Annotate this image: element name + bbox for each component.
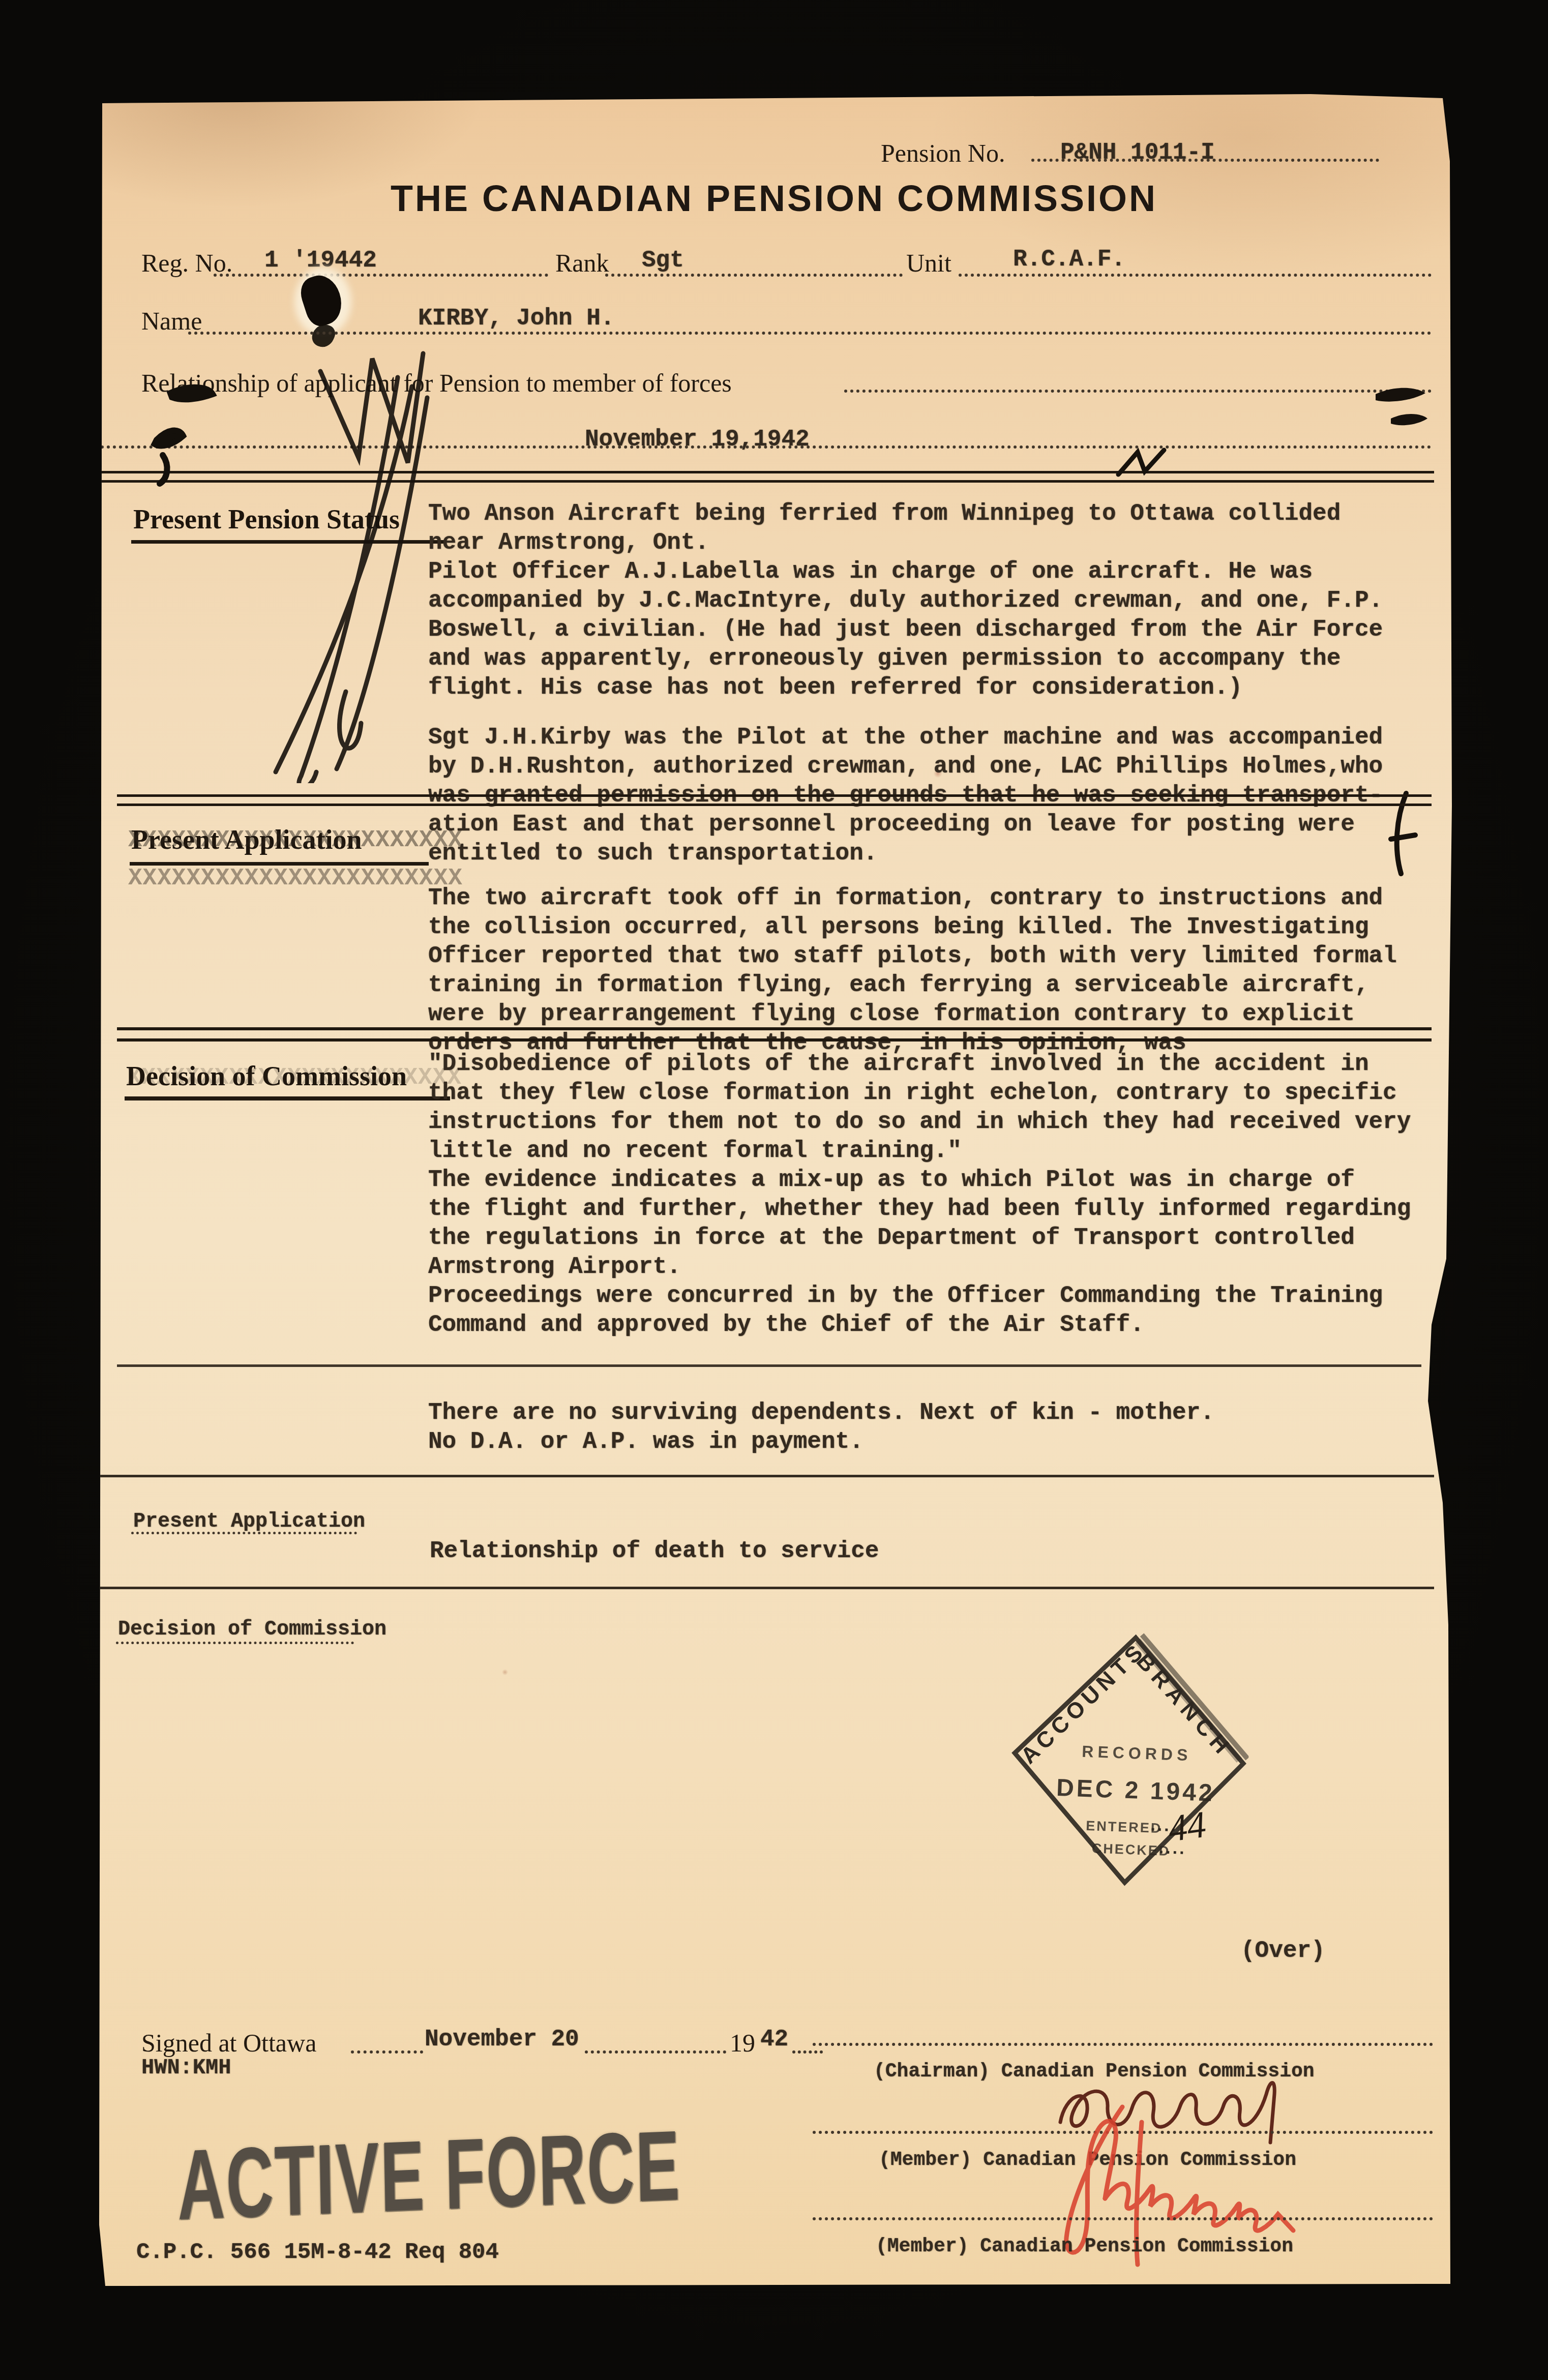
typed-overstrike: XXXXXXXXXXXXXXXXXXXXXXX bbox=[128, 865, 463, 891]
signature-line bbox=[813, 2043, 1433, 2046]
label-underline bbox=[125, 1096, 450, 1100]
dotted-underline bbox=[131, 1532, 357, 1534]
signed-date-value: November 20 bbox=[425, 2026, 579, 2052]
member-caption-2: (Member) Canadian Pension Commission bbox=[876, 2236, 1293, 2257]
typed-label-present-application: Present Application bbox=[133, 1510, 365, 1533]
unit-label: Unit bbox=[906, 248, 951, 278]
rank-label: Rank bbox=[555, 248, 609, 278]
scanned-document: Pension No. P&NH 1011-I THE CANADIAN PEN… bbox=[0, 0, 1548, 2380]
signature-line bbox=[813, 2217, 1433, 2220]
handwritten-entered-value: 44 bbox=[1166, 1804, 1209, 1851]
dotted-line bbox=[188, 332, 1432, 335]
dotted-line bbox=[844, 390, 1432, 393]
form-number: C.P.C. 566 15M-8-42 Req 804 bbox=[136, 2240, 499, 2265]
active-force-stamp: ACTIVE FORCE bbox=[176, 2108, 681, 2242]
section-rule bbox=[99, 1587, 1434, 1589]
stamp-records-text: RECORDS bbox=[1082, 1742, 1192, 1765]
double-rule-strike bbox=[117, 794, 1432, 806]
pension-no-value: P&NH 1011-I bbox=[1060, 139, 1215, 166]
dotted-line bbox=[792, 2050, 823, 2054]
form-page: Pension No. P&NH 1011-I THE CANADIAN PEN… bbox=[99, 94, 1452, 2286]
strike-rule bbox=[117, 1038, 1432, 1042]
unit-value: R.C.A.F. bbox=[1013, 246, 1125, 273]
pen-scribble bbox=[244, 336, 437, 783]
dotted-line bbox=[605, 274, 903, 277]
dotted-line bbox=[959, 274, 1432, 277]
clerk-initials: HWN:KMH bbox=[141, 2056, 231, 2080]
typed-overstrike: XXXXXXXXXXXXXXXXXXXXXXX bbox=[128, 827, 463, 853]
ink-marks bbox=[147, 379, 259, 511]
typed-paragraph-pension-status: Two Anson Aircraft being ferried from Wi… bbox=[428, 499, 1425, 702]
dotted-line bbox=[351, 2050, 423, 2054]
year-printed: 19 bbox=[730, 2028, 755, 2058]
typed-paragraph-decision: "Disobedience of pilots of the aircraft … bbox=[428, 1050, 1425, 1340]
dotted-underline bbox=[116, 1642, 354, 1644]
dotted-line bbox=[585, 2050, 726, 2054]
rank-value: Sgt bbox=[642, 247, 684, 274]
ink-marks bbox=[1111, 445, 1172, 486]
typed-overstrike: XXXXXXXXXXXXXXXXXXXXXXX bbox=[127, 1064, 462, 1091]
section-rule bbox=[99, 1475, 1434, 1477]
ink-marks bbox=[1360, 379, 1442, 450]
over-note: (Over) bbox=[1241, 1938, 1325, 1964]
signed-at-label: Signed at Ottawa bbox=[141, 2028, 316, 2058]
typed-relationship-of-death: Relationship of death to service bbox=[430, 1538, 879, 1564]
stamp-date-text: DEC 2 1942 bbox=[1056, 1774, 1215, 1807]
typed-paragraph-application: The two aircraft took off in formation, … bbox=[428, 884, 1425, 1058]
form-title: THE CANADIAN PENSION COMMISSION bbox=[326, 178, 1222, 220]
date-filled-value: November 19,1942 bbox=[585, 426, 810, 453]
pension-no-label: Pension No. bbox=[881, 138, 1005, 168]
typed-label-decision-of-commission: Decision of Commission bbox=[118, 1618, 386, 1641]
typed-paragraph-dependents: There are no surviving dependents. Next … bbox=[428, 1399, 1425, 1456]
dotted-line bbox=[214, 274, 548, 277]
section-rule bbox=[117, 1364, 1421, 1367]
strike-rule bbox=[117, 1027, 1432, 1030]
year-typed: 42 bbox=[760, 2026, 788, 2052]
accounts-branch-stamp: ACCOUNTS BRANCH RECORDS DEC 2 1942 ENTER… bbox=[1005, 1628, 1253, 1891]
name-value: KIRBY, John H. bbox=[418, 305, 614, 332]
